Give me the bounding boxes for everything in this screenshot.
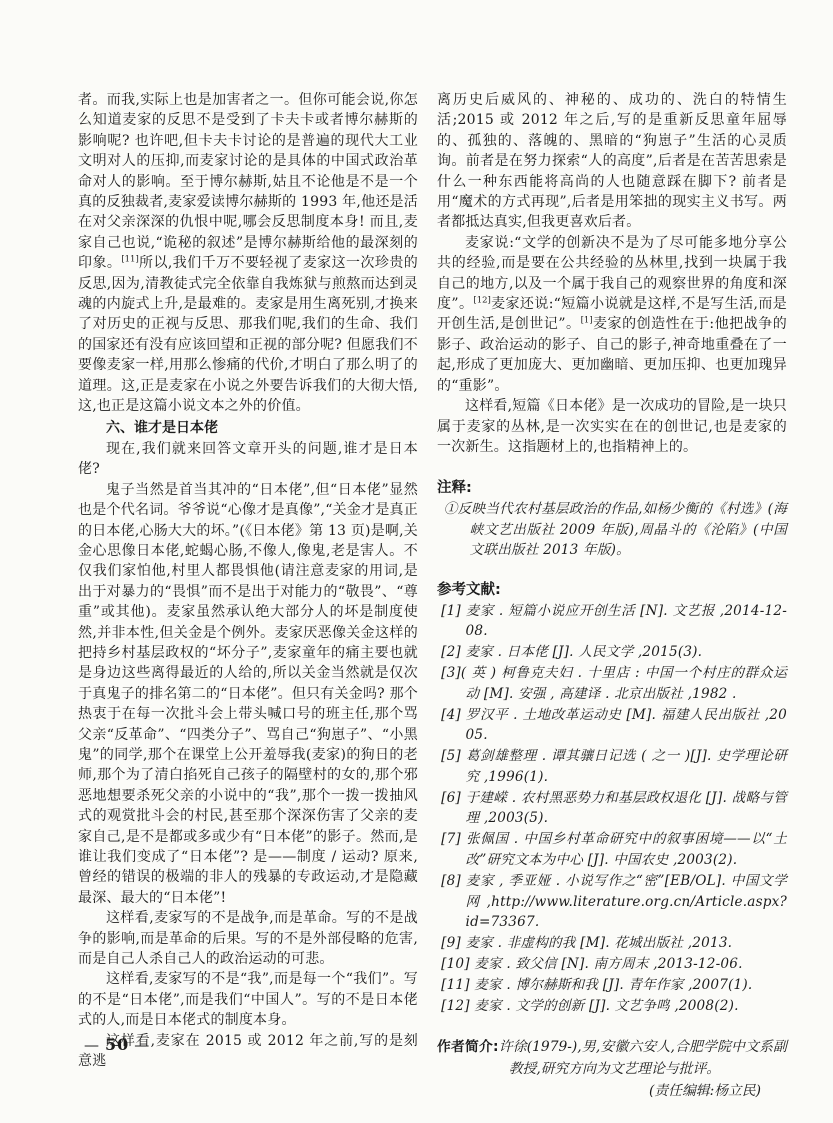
paragraph-text: 者。而我,实际上也是加害者之一。但你可能会说,你怎么知道麦家的反思不是受到了卡夫… [78,92,418,271]
page-number-dash: — [84,1036,100,1054]
reference-item: [11] 麦家 . 博尔赫斯和我 [J]. 青年作家 ,2007(1). [437,975,787,996]
right-column: 离历史后威风的、神秘的、成功的、洗白的特情生活;2015 或 2012 年之后,… [437,90,787,1103]
reference-item: [2] 麦家 . 日本佬 [J]. 人民文学 ,2015(3). [437,642,787,663]
reference-item: [1] 麦家 . 短篇小说应开创生活 [N]. 文艺报 ,2014-12-08. [437,601,787,643]
editor-note: (责任编辑:杨立民) [437,1081,787,1103]
page-number: —50— [84,1035,150,1054]
reference-item: [8] 麦家 , 季亚娅 . 小说写作之“密”[EB/OL]. 中国文学网 ,h… [437,871,787,933]
citation-superscript: [12] [473,295,490,305]
reference-item: [10] 麦家 . 致父信 [N]. 南方周末 ,2013-12-06. [437,954,787,975]
author-bio-label: 作者简介: [437,1039,499,1055]
citation-superscript: [1] [581,316,593,326]
reference-item: [9] 麦家 . 非虚构的我 [M]. 花城出版社 ,2013. [437,933,787,954]
journal-page: 者。而我,实际上也是加害者之一。但你可能会说,你怎么知道麦家的反思不是受到了卡夫… [0,0,833,1123]
reference-item: [7] 张佩国 . 中国乡村革命研究中的叙事困境——以“土改”研究文本为中心 [… [437,829,787,871]
paragraph: 现在,我们就来回答文章开头的问题,谁才是日本佬? [78,439,418,480]
paragraph: 这样看,麦家写的不是“我”,而是每一个“我们”。写的不是“日本佬”,而是我们“中… [78,969,418,1030]
reference-item: [3]( 英 ) 柯鲁克夫妇 . 十里店 : 中国一个村庄的群众运动 [M]. … [437,663,787,705]
reference-item: [4] 罗汉平 . 土地改革运动史 [M]. 福建人民出版社 ,2005. [437,705,787,747]
reference-item: [5] 葛剑雄整理 . 谭其骧日记选 ( 之一 )[J]. 史学理论研究 ,19… [437,746,787,788]
paragraph-continuation: 者。而我,实际上也是加害者之一。但你可能会说,你怎么知道麦家的反思不是受到了卡夫… [78,90,418,417]
paragraph: 鬼子当然是首当其冲的“日本佬”,但“日本佬”显然也是个代名词。爷爷说“心像才是真… [78,480,418,909]
reference-item: [6] 于建嵘 . 农村黑恶势力和基层政权退化 [J]. 战略与管理 ,2003… [437,788,787,830]
left-column: 者。而我,实际上也是加害者之一。但你可能会说,你怎么知道麦家的反思不是受到了卡夫… [78,90,418,1072]
paragraph-text: 所以,我们千万不要轻视了麦家这一次珍贵的反思,因为,清教徒式完全依靠自我炼狱与煎… [78,255,418,414]
references-heading: 参考文献: [437,580,787,600]
paragraph: 这样看,麦家写的不是战争,而是革命。写的不是战争的影响,而是革命的后果。写的不是… [78,908,418,969]
references-section: 参考文献: [1] 麦家 . 短篇小说应开创生活 [N]. 文艺报 ,2014-… [437,580,787,1016]
section-heading: 六、谁才是日本佬 [78,418,418,438]
notes-section: 注释: ①反映当代农村基层政治的作品,如杨少衡的《村选》(海峡文艺出版社 200… [437,478,787,561]
author-bio: 作者简介:许徐(1979-),男,安徽六安人,合肥学院中文系副教授,研究方向为文… [437,1037,787,1080]
reference-item: [12] 麦家 . 文学的创新 [J]. 文艺争鸣 ,2008(2). [437,996,787,1017]
paragraph: 麦家说:“文学的创新决不是为了尽可能多地分享公共的经验,而是要在公共经验的丛林里… [437,233,787,396]
paragraph-continuation: 离历史后威风的、神秘的、成功的、洗白的特情生活;2015 或 2012 年之后,… [437,90,787,233]
note-item: ①反映当代农村基层政治的作品,如杨少衡的《村选》(海峡文艺出版社 2009 年版… [437,499,787,561]
paragraph: 这样看,短篇《日本佬》是一次成功的冒险,是一块只属于麦家的丛林,是一次实实在在的… [437,396,787,457]
author-bio-text: 许徐(1979-),男,安徽六安人,合肥学院中文系副教授,研究方向为文艺理论与批… [499,1039,787,1077]
page-number-dash: — [134,1036,150,1054]
page-number-value: 50 [100,1035,134,1054]
notes-heading: 注释: [437,478,787,498]
citation-superscript: [11] [121,255,138,265]
